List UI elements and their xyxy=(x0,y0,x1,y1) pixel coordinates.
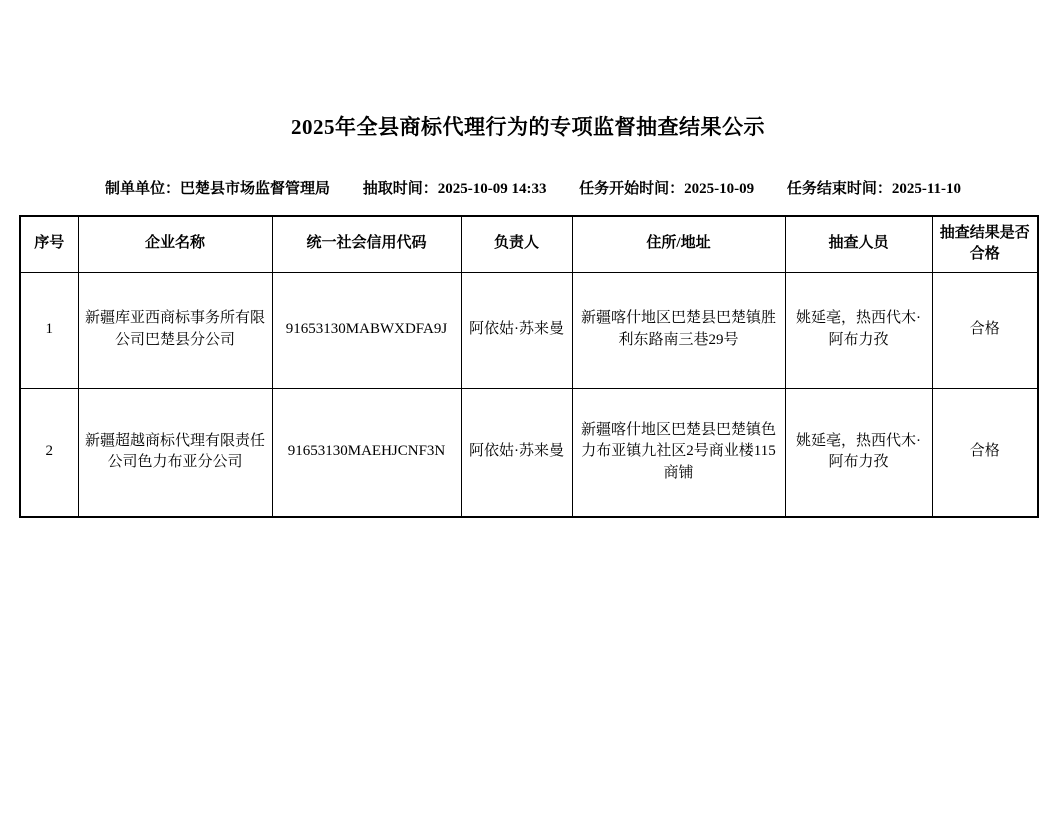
cell-seq: 2 xyxy=(20,388,78,517)
cell-person-in-charge: 阿依姑·苏来曼 xyxy=(461,272,572,388)
col-header-result: 抽查结果是否合格 xyxy=(932,216,1038,272)
cell-address: 新疆喀什地区巴楚县巴楚镇胜利东路南三巷29号 xyxy=(572,272,785,388)
col-header-address: 住所/地址 xyxy=(572,216,785,272)
cell-person-in-charge: 阿依姑·苏来曼 xyxy=(461,388,572,517)
table-row: 2 新疆超越商标代理有限责任公司色力布亚分公司 91653130MAEHJCNF… xyxy=(20,388,1038,517)
cell-company-name: 新疆超越商标代理有限责任公司色力布亚分公司 xyxy=(78,388,272,517)
cell-credit-code: 91653130MABWXDFA9J xyxy=(272,272,461,388)
table-header-row: 序号 企业名称 统一社会信用代码 负责人 住所/地址 抽查人员 抽查结果是否合格 xyxy=(20,216,1038,272)
page-title: 2025年全县商标代理行为的专项监督抽查结果公示 xyxy=(0,0,1056,141)
cell-seq: 1 xyxy=(20,272,78,388)
col-header-company-name: 企业名称 xyxy=(78,216,272,272)
col-header-credit-code: 统一社会信用代码 xyxy=(272,216,461,272)
meta-task-end-time: 任务结束时间：2025-11-10 xyxy=(787,177,961,198)
meta-line: 制单单位：巴楚县市场监督管理局 抽取时间：2025-10-09 14:33 任务… xyxy=(105,177,961,198)
document-page: 2025年全县商标代理行为的专项监督抽查结果公示 制单单位：巴楚县市场监督管理局… xyxy=(0,0,1056,816)
cell-company-name: 新疆库亚西商标事务所有限公司巴楚县分公司 xyxy=(78,272,272,388)
cell-address: 新疆喀什地区巴楚县巴楚镇色力布亚镇九社区2号商业楼115商铺 xyxy=(572,388,785,517)
cell-result: 合格 xyxy=(932,388,1038,517)
meta-sample-time: 抽取时间：2025-10-09 14:33 xyxy=(363,177,547,198)
cell-result: 合格 xyxy=(932,272,1038,388)
cell-inspectors: 姚延亳，热西代木·阿布力孜 xyxy=(785,388,932,517)
col-header-seq: 序号 xyxy=(20,216,78,272)
table-row: 1 新疆库亚西商标事务所有限公司巴楚县分公司 91653130MABWXDFA9… xyxy=(20,272,1038,388)
meta-task-start-time: 任务开始时间：2025-10-09 xyxy=(579,177,754,198)
meta-maker-unit: 制单单位：巴楚县市场监督管理局 xyxy=(105,177,330,198)
cell-inspectors: 姚延亳，热西代木·阿布力孜 xyxy=(785,272,932,388)
results-table: 序号 企业名称 统一社会信用代码 负责人 住所/地址 抽查人员 抽查结果是否合格… xyxy=(19,215,1039,518)
cell-credit-code: 91653130MAEHJCNF3N xyxy=(272,388,461,517)
col-header-inspectors: 抽查人员 xyxy=(785,216,932,272)
col-header-person-in-charge: 负责人 xyxy=(461,216,572,272)
